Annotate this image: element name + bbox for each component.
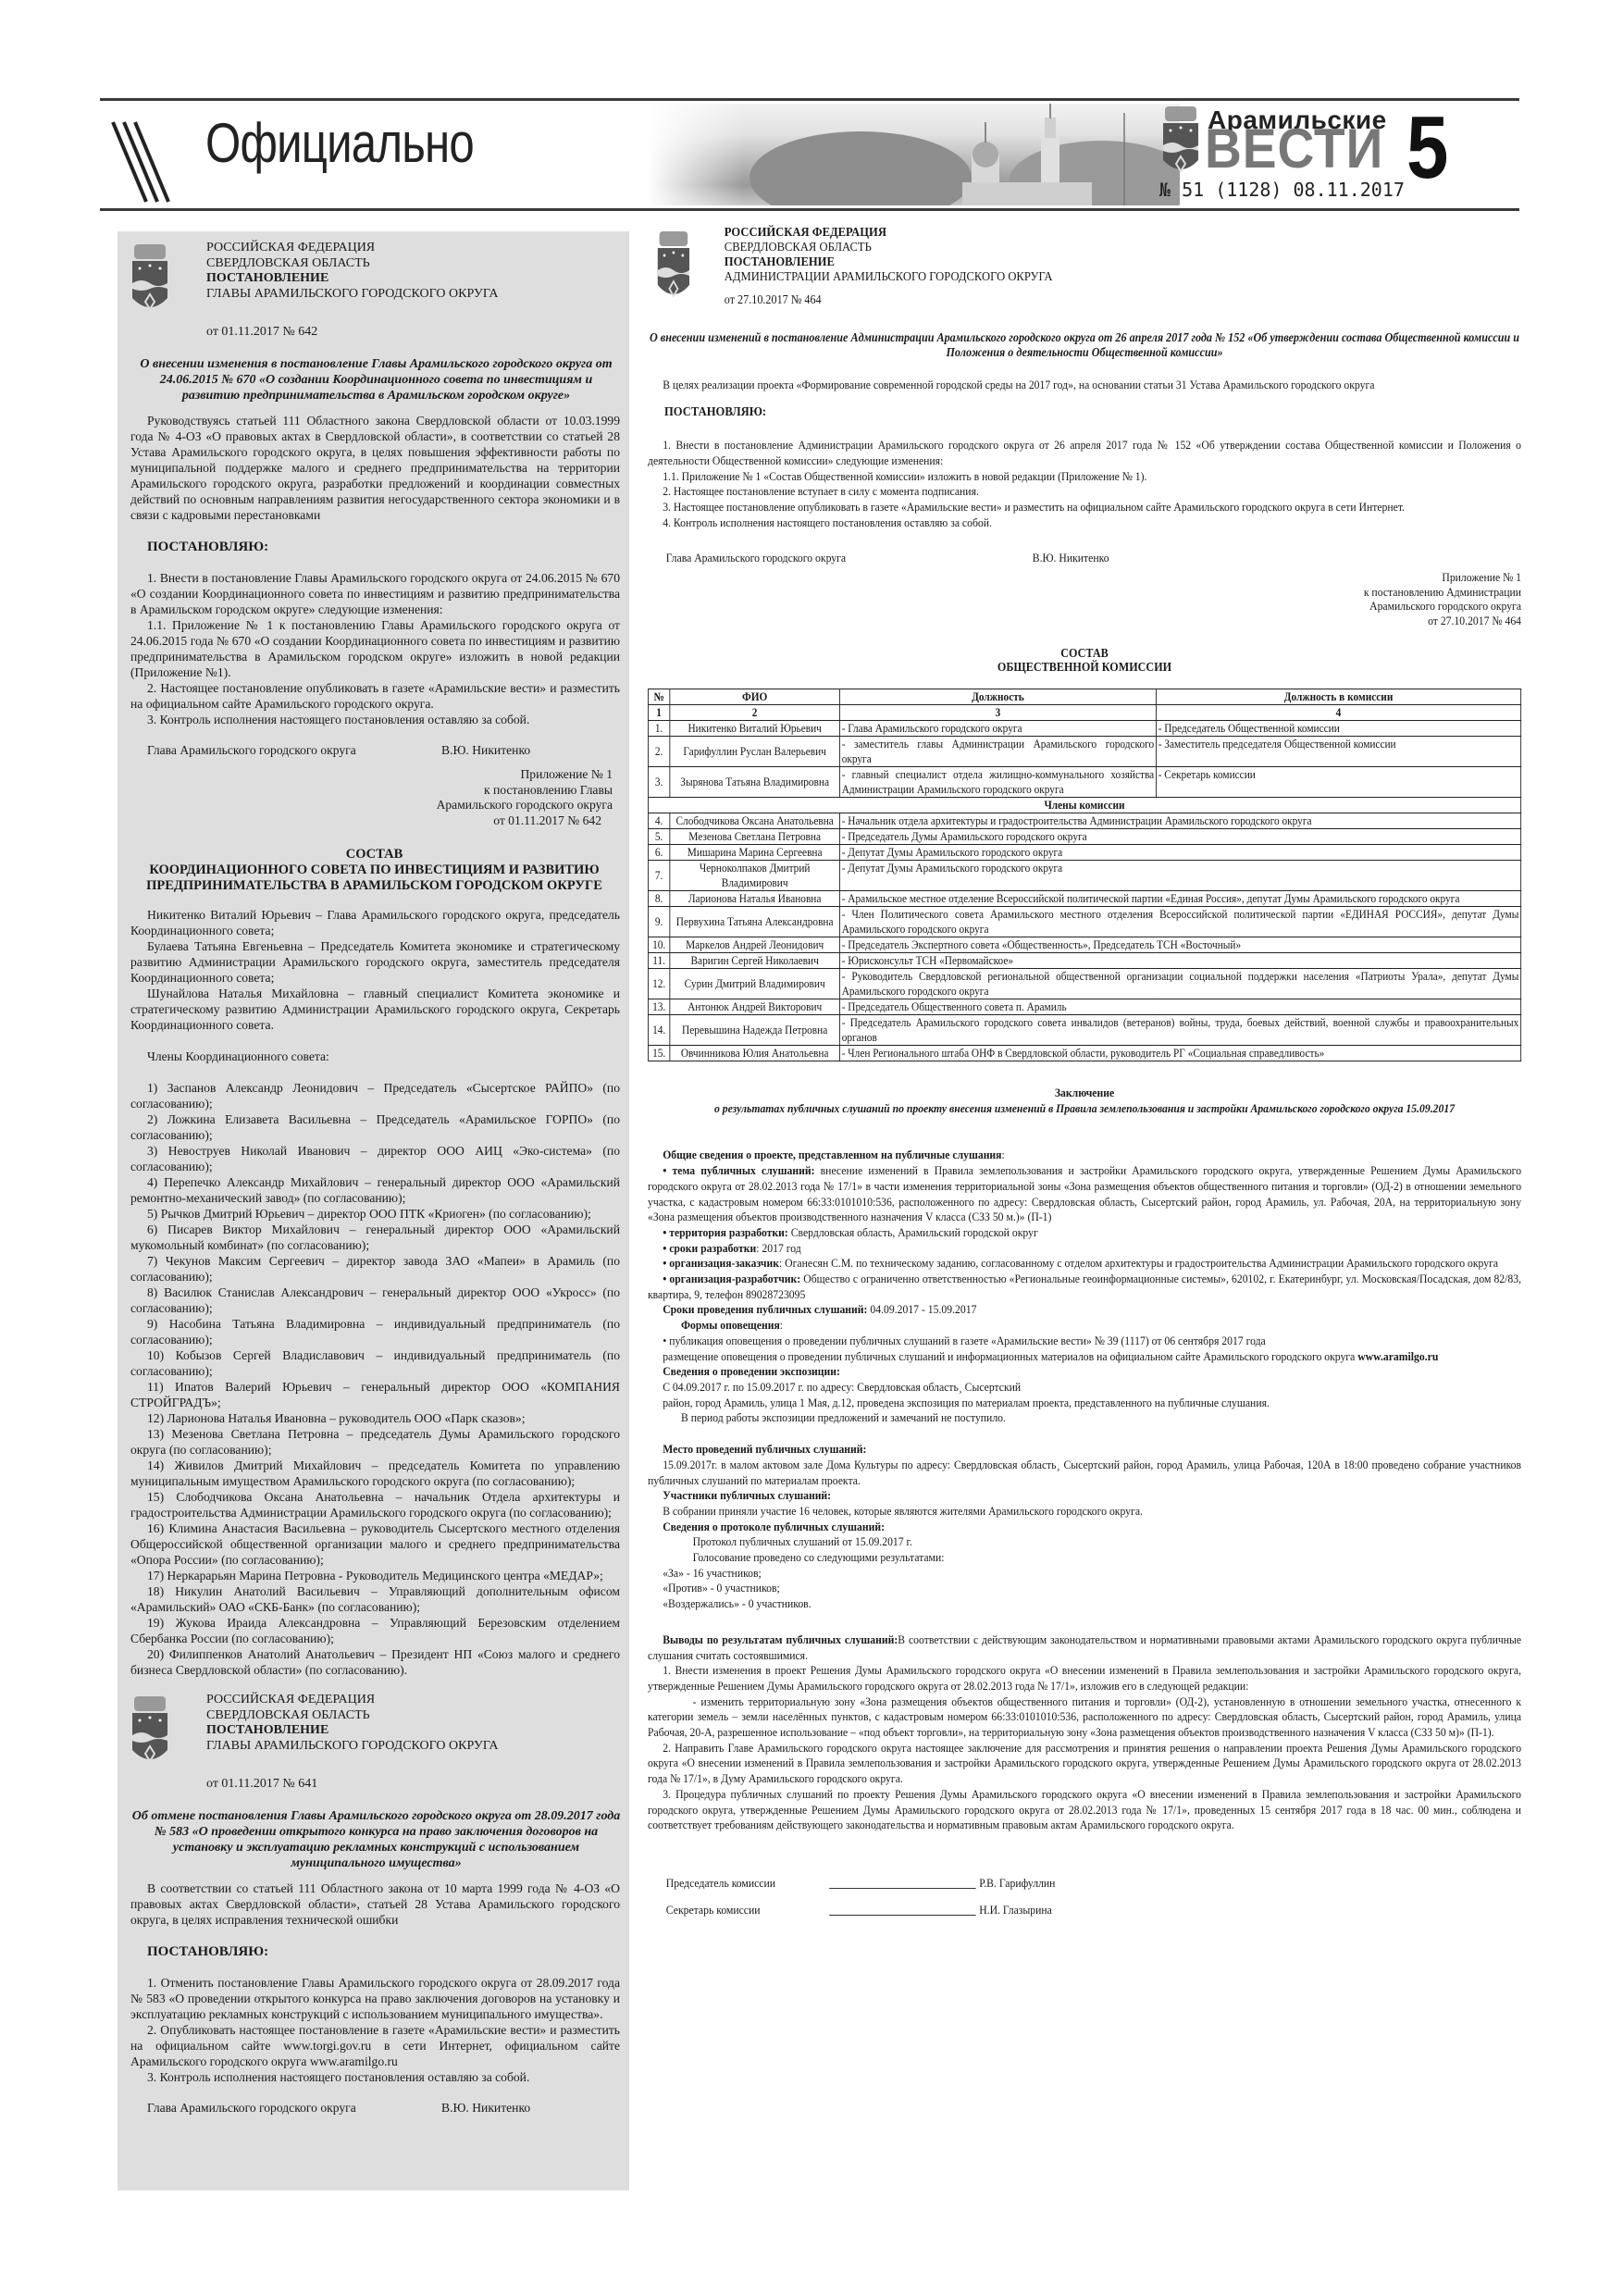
column-number: 3 xyxy=(839,705,1156,721)
signature-line xyxy=(829,1903,975,1916)
findings: Выводы по результатам публичных слушаний… xyxy=(648,1632,1521,1663)
protocol-text: Голосование проведено со следующими резу… xyxy=(648,1550,1521,1566)
signature-name: В.Ю. Никитенко xyxy=(441,742,530,758)
decree-641: РОССИЙСКАЯ ФЕДЕРАЦИЯ СВЕРДЛОВСКАЯ ОБЛАСТ… xyxy=(130,1689,629,2116)
row-number: 1. xyxy=(648,721,669,737)
label: Выводы по результатам публичных слушаний… xyxy=(663,1632,898,1646)
header-line: ГЛАВЫ АРАМИЛЬСКОГО ГОРОДСКОГО ОКРУГА xyxy=(206,287,499,303)
decree-item: 4. Контроль исполнения настоящего постан… xyxy=(648,515,1521,531)
member-position: - Арамильское местное отделение Всеросси… xyxy=(839,891,1520,907)
table-row: 1.Никитенко Виталий Юрьевич- Глава Арами… xyxy=(648,721,1520,737)
council-member: 7) Чекунов Максим Сергеевич – директор з… xyxy=(130,1253,629,1285)
member-name: Гарифуллин Руслан Валерьевич xyxy=(670,737,840,767)
decree-item: 1.1. Приложение № 1 «Состав Общественной… xyxy=(648,469,1521,485)
member-name: Черноколпаков Дмитрий Владимирович xyxy=(670,861,840,891)
decree-item: 2. Настоящее постановление вступает в си… xyxy=(648,484,1521,500)
row-number: 2. xyxy=(648,737,669,767)
signature-role: Секретарь комиссии xyxy=(666,1903,829,1918)
vote-result: «Против» - 0 участников; xyxy=(648,1581,1521,1596)
decree-642: РОССИЙСКАЯ ФЕДЕРАЦИЯ СВЕРДЛОВСКАЯ ОБЛАСТ… xyxy=(130,237,629,1678)
table-row: 14.Перевышина Надежда Петровна- Председа… xyxy=(648,1015,1520,1046)
column-number: 4 xyxy=(1156,705,1520,721)
member-position: - Депутат Думы Арамильского городского о… xyxy=(839,861,1520,891)
council-member: 12) Ларионова Наталья Ивановна – руковод… xyxy=(130,1410,629,1426)
member-name: Маркелов Андрей Леонидович xyxy=(670,937,840,953)
signature-role: Глава Арамильского городского округа xyxy=(666,551,1033,566)
members-label: Члены Координационного совета: xyxy=(130,1049,629,1064)
signature: Глава Арамильского городского округа В.Ю… xyxy=(147,2100,629,2116)
appendix-ref: Приложение № 1 к постановлению Главы Ара… xyxy=(130,767,629,828)
council-member: 14) Живилов Дмитрий Михайлович – председ… xyxy=(130,1458,629,1489)
table-row: 9.Первухина Татьяна Александровна- Член … xyxy=(648,907,1520,937)
table-row: 11.Варигин Сергей Николаевич- Юрисконсул… xyxy=(648,953,1520,969)
row-number: 14. xyxy=(648,1015,669,1046)
table-row: 8.Ларионова Наталья Ивановна- Арамильско… xyxy=(648,891,1520,907)
member-position: - Юрисконсульт ТСН «Первомайское» xyxy=(839,953,1520,969)
header-line: СВЕРДЛОВСКАЯ ОБЛАСТЬ xyxy=(206,256,499,272)
member-name: Перевышина Надежда Петровна xyxy=(670,1015,840,1046)
council-member: 17) Неркарарьян Марина Петровна - Руково… xyxy=(130,1568,629,1583)
decree-header: РОССИЙСКАЯ ФЕДЕРАЦИЯ СВЕРДЛОВСКАЯ ОБЛАСТ… xyxy=(648,222,1521,302)
header-line: РОССИЙСКАЯ ФЕДЕРАЦИЯ xyxy=(206,1693,499,1708)
decree-item: 3. Настоящее постановление опубликовать … xyxy=(648,500,1521,515)
members-section-row: Члены комиссии xyxy=(648,798,1520,813)
member-name: Мезенова Светлана Петровна xyxy=(670,829,840,845)
header-line: АДМИНИСТРАЦИИ АРАМИЛЬСКОГО ГОРОДСКОГО ОК… xyxy=(725,270,1053,285)
decree-item: 1.1. Приложение № 1 к постановлению Глав… xyxy=(130,617,629,680)
right-column: РОССИЙСКАЯ ФЕДЕРАЦИЯ СВЕРДЛОВСКАЯ ОБЛАСТ… xyxy=(648,222,1522,1929)
council-member: 18) Никулин Анатолий Васильевич – Управл… xyxy=(130,1583,629,1615)
member-position: - Член Политического совета Арамильского… xyxy=(839,907,1520,937)
expo-text: район, город Арамиль, улица 1 Мая, д.12,… xyxy=(648,1396,1521,1411)
table-row: 12.Сурин Дмитрий Владимирович- Руководит… xyxy=(648,969,1520,999)
member-position: - Председатель Думы Арамильского городск… xyxy=(839,829,1520,845)
column-number: 1 xyxy=(648,705,669,721)
decree-header: РОССИЙСКАЯ ФЕДЕРАЦИЯ СВЕРДЛОВСКАЯ ОБЛАСТ… xyxy=(130,237,629,318)
header-line: ПОСТАНОВЛЕНИЕ xyxy=(725,255,1053,270)
preamble: В целях реализации проекта «Формирование… xyxy=(648,378,1521,393)
row-number: 12. xyxy=(648,969,669,999)
council-member: 10) Кобызов Сергей Владиславович – индив… xyxy=(130,1347,629,1379)
council-members-list: 1) Заспанов Александр Леонидович – Предс… xyxy=(130,1080,629,1678)
general-info: Общие сведения о проекте, представленном… xyxy=(648,1148,1521,1163)
member-name: Варигин Сергей Николаевич xyxy=(670,953,840,969)
value: размещение оповещения о проведении публи… xyxy=(663,1349,1357,1363)
appendix-line: от 01.11.2017 № 642 xyxy=(130,813,613,829)
site-link[interactable]: www.aramilgo.ru xyxy=(1357,1349,1438,1363)
place-text: 15.09.2017г. в малом актовом зале Дома К… xyxy=(648,1458,1521,1488)
member-name: Овчинникова Юлия Анатольевна xyxy=(670,1046,840,1061)
header-line: РОССИЙСКАЯ ФЕДЕРАЦИЯ xyxy=(206,241,499,256)
label: Формы оповещения xyxy=(681,1318,780,1332)
protocol-text: Протокол публичных слушаний от 15.09.201… xyxy=(648,1534,1521,1550)
finding-item: 1. Внести изменения в проект Решения Дум… xyxy=(648,1663,1521,1694)
topic: • тема публичных слушаний: внесение изме… xyxy=(648,1163,1521,1225)
commission-title-line: ОБЩЕСТВЕННОЙ КОМИССИИ xyxy=(648,660,1521,674)
column-header: Должность xyxy=(839,689,1156,705)
section-title: Официально xyxy=(205,111,474,175)
row-number: 7. xyxy=(648,861,669,891)
signature: Глава Арамильского городского округа В.Ю… xyxy=(666,551,1521,566)
council-leader: Шунайлова Наталья Михайловна – главный с… xyxy=(130,986,629,1033)
row-number: 9. xyxy=(648,907,669,937)
notify-item: • публикация оповещения о проведении пуб… xyxy=(648,1334,1521,1349)
finding-item: 3. Процедура публичных слушаний по проек… xyxy=(648,1787,1521,1833)
issue-number: № 51 (1128) 08.11.2017 xyxy=(1159,179,1405,201)
header-top-rule xyxy=(100,98,1519,101)
value: : 2017 год xyxy=(756,1241,800,1255)
table-row: 15.Овчинникова Юлия Анатольевна- Член Ре… xyxy=(648,1046,1520,1061)
table-header-row: № ФИО Должность Должность в комиссии xyxy=(648,689,1520,705)
finding-item: 2. Направить Главе Арамильского городско… xyxy=(648,1741,1521,1787)
member-position: - Начальник отдела архитектуры и градост… xyxy=(839,813,1520,829)
postanov-heading: ПОСТАНОВЛЯЮ: xyxy=(147,540,629,555)
council-title-line: КООРДИНАЦИОННОГО СОВЕТА ПО ИНВЕСТИЦИЯМ И… xyxy=(130,863,618,894)
hearing-dates: Сроки проведения публичных слушаний: 04.… xyxy=(648,1302,1521,1318)
member-name: Никитенко Виталий Юрьевич xyxy=(670,721,840,737)
member-name: Слободчикова Оксана Анатольевна xyxy=(670,813,840,829)
header-line: ПОСТАНОВЛЕНИЕ xyxy=(206,1723,499,1739)
table-row: 3.Зырянова Татьяна Владимировна- главный… xyxy=(648,767,1520,798)
row-number: 4. xyxy=(648,813,669,829)
council-member: 2) Ложкина Елизавета Васильевна – Предсе… xyxy=(130,1111,629,1143)
table-row: 5.Мезенова Светлана Петровна- Председате… xyxy=(648,829,1520,845)
council-member: 1) Заспанов Александр Леонидович – Предс… xyxy=(130,1080,629,1111)
triple-slash-icon xyxy=(109,120,174,204)
member-position: - Член Регионального штаба ОНФ в Свердло… xyxy=(839,1046,1520,1061)
decree-item: 3. Контроль исполнения настоящего постан… xyxy=(130,712,629,727)
customer: • организация-заказчик: Оганесян С.М. по… xyxy=(648,1256,1521,1272)
decree-date: от 01.11.2017 № 642 xyxy=(206,324,629,340)
member-position: - главный специалист отдела жилищно-комм… xyxy=(839,767,1156,798)
appendix-line: Приложение № 1 xyxy=(648,570,1521,585)
member-name: Ларионова Наталья Ивановна xyxy=(670,891,840,907)
council-leader: Никитенко Виталий Юрьевич – Глава Арамил… xyxy=(130,907,629,938)
member-name: Сурин Дмитрий Владимирович xyxy=(670,969,840,999)
commission-role: - Председатель Общественной комиссии xyxy=(1156,721,1520,737)
commission-title: СОСТАВ ОБЩЕСТВЕННОЙ КОМИССИИ xyxy=(648,646,1521,674)
header-line: СВЕРДЛОВСКАЯ ОБЛАСТЬ xyxy=(206,1708,499,1724)
developer: • организация-разработчик: Общество с ог… xyxy=(648,1272,1521,1302)
decree-item: 2. Опубликовать настоящее постановление … xyxy=(130,2022,629,2069)
row-number: 10. xyxy=(648,937,669,953)
council-member: 9) Насобина Татьяна Владимировна – индив… xyxy=(130,1316,629,1347)
value: 04.09.2017 - 15.09.2017 xyxy=(867,1302,976,1316)
row-number: 5. xyxy=(648,829,669,845)
preamble: Руководствуясь статьей 111 Областного за… xyxy=(130,413,629,523)
member-name: Первухина Татьяна Александровна xyxy=(670,907,840,937)
protocol-label: Сведения о протоколе публичных слушаний: xyxy=(648,1520,1521,1535)
signature-name: Н.И. Глазырина xyxy=(979,1903,1052,1918)
notify-item: размещение оповещения о проведении публи… xyxy=(648,1349,1521,1365)
arms-crest-icon xyxy=(656,230,691,304)
arms-crest-icon xyxy=(1161,105,1200,179)
postanov-heading: ПОСТАНОВЛЯЮ: xyxy=(664,405,1521,421)
label: • сроки разработки xyxy=(663,1241,756,1255)
signature-line xyxy=(829,1876,975,1889)
member-name: Мишарина Марина Сергеевна xyxy=(670,845,840,861)
label: • территория разработки: xyxy=(663,1225,788,1239)
council-leader: Булаева Татьяна Евгеньевна – Председател… xyxy=(130,938,629,986)
decree-date: от 01.11.2017 № 641 xyxy=(206,1776,629,1792)
arms-crest-icon xyxy=(130,242,169,316)
page-number: 5 xyxy=(1406,104,1448,192)
notify-forms: Формы оповещения: xyxy=(648,1318,1521,1334)
label: • организация-заказчик xyxy=(663,1256,779,1270)
council-member: 15) Слободчикова Оксана Анатольевна – на… xyxy=(130,1489,629,1520)
label: • организация-разработчик: xyxy=(663,1272,800,1285)
commission-role: - Секретарь комиссии xyxy=(1156,767,1520,798)
appendix-line: Арамильского городского округа xyxy=(648,599,1521,614)
member-position: - Председатель Экспертного совета «Общес… xyxy=(839,937,1520,953)
table-row: 13.Антонюк Андрей Викторович- Председате… xyxy=(648,999,1520,1015)
vote-result: «Воздержались» - 0 участников. xyxy=(648,1596,1521,1612)
left-column: РОССИЙСКАЯ ФЕДЕРАЦИЯ СВЕРДЛОВСКАЯ ОБЛАСТ… xyxy=(118,231,629,2191)
decree-item: 1. Внести в постановление Главы Арамильс… xyxy=(130,570,629,617)
member-name: Антонюк Андрей Викторович xyxy=(670,999,840,1015)
member-position: - Руководитель Свердловской региональной… xyxy=(839,969,1520,999)
table-row: 7.Черноколпаков Дмитрий Владимирович- Де… xyxy=(648,861,1520,891)
participants-text: В собрании приняли участие 16 человек, к… xyxy=(648,1504,1521,1520)
participants-label: Участники публичных слушаний: xyxy=(648,1488,1521,1504)
council-member: 3) Невоструев Николай Иванович – директо… xyxy=(130,1143,629,1174)
value: Свердловская область, Арамильский городс… xyxy=(788,1225,1038,1239)
territory: • территория разработки: Свердловская об… xyxy=(648,1225,1521,1241)
member-position: - Глава Арамильского городского округа xyxy=(839,721,1156,737)
signature-role: Председатель комиссии xyxy=(666,1876,829,1892)
header-church-photo xyxy=(648,104,1180,205)
signature-name: В.Ю. Никитенко xyxy=(441,2100,530,2116)
row-number: 15. xyxy=(648,1046,669,1061)
council-member: 16) Климина Анастасия Васильевна – руков… xyxy=(130,1520,629,1568)
decree-header: РОССИЙСКАЯ ФЕДЕРАЦИЯ СВЕРДЛОВСКАЯ ОБЛАСТ… xyxy=(130,1689,629,1770)
row-number: 8. xyxy=(648,891,669,907)
label: Общие сведения о проекте, представленном… xyxy=(663,1148,1001,1161)
decree-item: 3. Контроль исполнения настоящего постан… xyxy=(130,2069,629,2085)
appendix-line: от 27.10.2017 № 464 xyxy=(648,614,1521,628)
row-number: 13. xyxy=(648,999,669,1015)
vote-result: «За» - 16 участников; xyxy=(648,1566,1521,1582)
commission-title-line: СОСТАВ xyxy=(648,646,1521,660)
signature: Глава Арамильского городского округа В.Ю… xyxy=(147,742,629,758)
signature-role: Глава Арамильского городского округа xyxy=(147,742,441,758)
header-line: ПОСТАНОВЛЕНИЕ xyxy=(206,271,499,287)
label: • тема публичных слушаний: xyxy=(663,1163,814,1177)
label: Сроки проведения публичных слушаний: xyxy=(663,1302,867,1316)
column-header: № xyxy=(648,689,669,705)
decree-item: 1. Внести в постановление Администрации … xyxy=(648,438,1521,468)
council-member: 11) Ипатов Валерий Юрьевич – генеральный… xyxy=(130,1379,629,1410)
conclusion-heading: Заключение xyxy=(648,1086,1521,1101)
signature-role: Глава Арамильского городского округа xyxy=(147,2100,441,2116)
header-line: РОССИЙСКАЯ ФЕДЕРАЦИЯ xyxy=(725,226,1053,241)
conclusion-subtitle: о результатах публичных слушаний по прое… xyxy=(648,1101,1521,1117)
decree-title: О внесении изменений в постановление Адм… xyxy=(648,330,1521,361)
expo-label: Сведения о проведении экспозиции: xyxy=(648,1364,1521,1380)
row-number: 6. xyxy=(648,845,669,861)
council-title: СОСТАВ КООРДИНАЦИОННОГО СОВЕТА ПО ИНВЕСТ… xyxy=(130,847,618,894)
expo-text: В период работы экспозиции предложений и… xyxy=(648,1410,1521,1426)
section-label: Члены комиссии xyxy=(648,798,1520,813)
decree-title: Об отмене постановления Главы Арамильско… xyxy=(130,1808,622,1871)
terms: • сроки разработки: 2017 год xyxy=(648,1241,1521,1257)
member-name: Зырянова Татьяна Владимировна xyxy=(670,767,840,798)
decree-item: 2. Настоящее постановление опубликовать … xyxy=(130,680,629,712)
appendix-line: Приложение № 1 xyxy=(130,767,613,783)
council-member: 6) Писарев Виктор Михайлович – генеральн… xyxy=(130,1222,629,1253)
row-number: 3. xyxy=(648,767,669,798)
preamble: В соответствии со статьей 111 Областного… xyxy=(130,1880,629,1928)
row-number: 11. xyxy=(648,953,669,969)
member-position: - Председатель Арамильского городского с… xyxy=(839,1015,1520,1046)
signature-secretary: Секретарь комиссии Н.И. Глазырина xyxy=(666,1903,1521,1918)
column-header: ФИО xyxy=(670,689,840,705)
arms-crest-icon xyxy=(130,1694,169,1769)
column-number: 2 xyxy=(670,705,840,721)
table-row: 2.Гарифуллин Руслан Валерьевич- заместит… xyxy=(648,737,1520,767)
signature-name: Р.В. Гарифуллин xyxy=(979,1876,1055,1892)
council-member: 19) Жукова Ираида Александровна – Управл… xyxy=(130,1615,629,1646)
commission-role: - Заместитель председателя Общественной … xyxy=(1156,737,1520,767)
finding-item: - изменить территориальную зону «Зона ра… xyxy=(648,1694,1521,1741)
table-row: 4.Слободчикова Оксана Анатольевна- Начал… xyxy=(648,813,1520,829)
member-position: - Председатель Общественного совета п. А… xyxy=(839,999,1520,1015)
column-header: Должность в комиссии xyxy=(1156,689,1520,705)
council-member: 8) Василюк Станислав Александрович – ген… xyxy=(130,1285,629,1316)
signature-chair: Председатель комиссии Р.В. Гарифуллин xyxy=(666,1876,1521,1892)
brand-name-main: ВЕСТИ xyxy=(1205,121,1383,177)
council-member: 13) Мезенова Светлана Петровна – председ… xyxy=(130,1426,629,1458)
member-position: - Депутат Думы Арамильского городского о… xyxy=(839,845,1520,861)
appendix-line: Арамильского городского округа xyxy=(130,798,613,813)
appendix-line: к постановлению Администрации xyxy=(648,585,1521,600)
header-line: СВЕРДЛОВСКАЯ ОБЛАСТЬ xyxy=(725,241,1053,255)
commission-table: № ФИО Должность Должность в комиссии 1 2… xyxy=(648,689,1521,1061)
place-label: Место проведений публичных слушаний: xyxy=(648,1442,1521,1458)
table-row: 6.Мишарина Марина Сергеевна- Депутат Дум… xyxy=(648,845,1520,861)
table-column-numbers-row: 1 2 3 4 xyxy=(648,705,1520,721)
member-position: - заместитель главы Администрации Арамил… xyxy=(839,737,1156,767)
postanov-heading: ПОСТАНОВЛЯЮ: xyxy=(147,1944,629,1960)
table-row: 10.Маркелов Андрей Леонидович- Председат… xyxy=(648,937,1520,953)
council-member: 5) Рычков Дмитрий Юрьевич – директор ООО… xyxy=(130,1206,629,1222)
expo-text: С 04.09.2017 г. по 15.09.2017 г. по адре… xyxy=(648,1380,1521,1396)
signature-name: В.Ю. Никитенко xyxy=(1033,551,1109,566)
value: : Оганесян С.М. по техническому заданию,… xyxy=(779,1256,1498,1270)
header-bottom-rule xyxy=(100,208,1519,211)
council-member: 20) Филиппенков Анатолий Анатольевич – П… xyxy=(130,1646,629,1678)
council-member: 4) Перепечко Александр Михайлович – гене… xyxy=(130,1174,629,1206)
appendix-line: к постановлению Главы xyxy=(130,783,613,799)
appendix-ref: Приложение № 1 к постановлению Администр… xyxy=(648,570,1521,627)
decree-item: 1. Отменить постановление Главы Арамильс… xyxy=(130,1975,629,2022)
decree-title: О внесении изменения в постановление Гла… xyxy=(130,356,622,403)
council-title-line: СОСТАВ xyxy=(130,847,618,863)
header-line: ГЛАВЫ АРАМИЛЬСКОГО ГОРОДСКОГО ОКРУГА xyxy=(206,1739,499,1755)
